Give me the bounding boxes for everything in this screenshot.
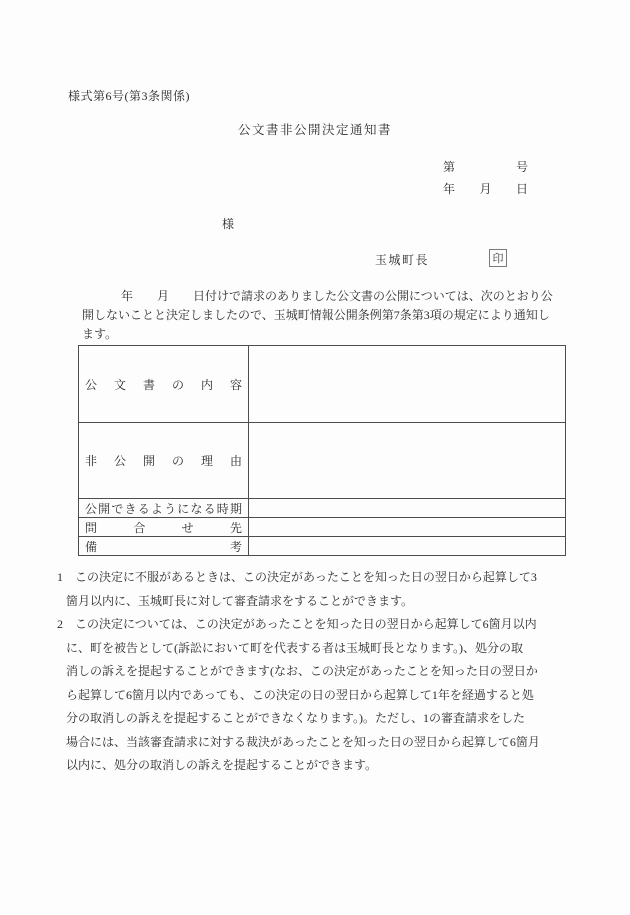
date-line: 年 月 日 — [443, 180, 528, 197]
document-number-prefix: 第 — [443, 158, 455, 175]
row-label: 公開できるようになる時期 — [85, 500, 242, 517]
table-row: 公文書の内容 — [79, 346, 566, 423]
date-day-label: 日 — [516, 180, 528, 197]
row-label-cell: 非公開の理由 — [79, 423, 249, 499]
note-line: 場合には、当該審査請求に対する裁決があったことを知った日の翌日から起算して6箇月 — [57, 731, 540, 755]
row-value-cell — [249, 537, 566, 556]
table-row: 公開できるようになる時期 — [79, 499, 566, 518]
date-month-label: 月 — [479, 180, 491, 197]
row-value-cell — [249, 518, 566, 537]
table-row: 備考 — [79, 537, 566, 556]
table-row: 問合せ先 — [79, 518, 566, 537]
row-value-cell — [249, 499, 566, 518]
table-row: 非公開の理由 — [79, 423, 566, 499]
form-number-label: 様式第6号(第3条関係) — [68, 87, 190, 104]
row-label: 備考 — [85, 538, 242, 555]
row-label: 公文書の内容 — [85, 376, 242, 393]
row-label-cell: 公開できるようになる時期 — [79, 499, 249, 518]
note-line: 箇月以内に、玉城町長に対して審査請求をすることができます。 — [57, 590, 540, 614]
body-line: ます。 — [82, 325, 553, 344]
body-line: 年 月 日付けで請求のありました公文書の公開については、次のとおり公 — [82, 287, 553, 306]
seal-placeholder: 印 — [489, 249, 507, 267]
row-label-cell: 公文書の内容 — [79, 346, 249, 423]
row-label-cell: 問合せ先 — [79, 518, 249, 537]
seal-mark: 印 — [493, 250, 504, 266]
document-title: 公文書非公開決定通知書 — [0, 120, 630, 138]
document-number-line: 第 号 — [443, 158, 528, 175]
notes-section: 1 この決定に不服があるときは、この決定があったことを知った日の翌日から起算して… — [57, 566, 540, 778]
note-line: ら起算して6箇月以内であっても、この決定の日の翌日から起算して1年を経過すると処 — [57, 684, 540, 708]
note-line: 消しの訴えを提起することができます(なお、この決定があったことを知った日の翌日か — [57, 660, 540, 684]
decision-table: 公文書の内容 非公開の理由 公開できるようになる時期 問合せ先 — [78, 345, 566, 556]
note-line: 分の取消しの訴えを提起することができなくなります。)。ただし、1の審査請求をした — [57, 707, 540, 731]
row-label: 問合せ先 — [85, 519, 242, 536]
row-label-cell: 備考 — [79, 537, 249, 556]
note-line: 以内に、処分の取消しの訴えを提起することができます。 — [57, 754, 540, 778]
row-value-cell — [249, 423, 566, 499]
note-line: 1 この決定に不服があるときは、この決定があったことを知った日の翌日から起算して… — [57, 566, 540, 590]
row-label: 非公開の理由 — [85, 452, 242, 469]
date-year-label: 年 — [443, 180, 455, 197]
row-value-cell — [249, 346, 566, 423]
body-line: 開しないことと決定しましたので、玉城町情報公開条例第7条第3項の規定により通知し — [82, 306, 553, 325]
note-line: に、町を被告として(訴訟において町を代表する者は玉城町長となります。)、処分の取 — [57, 637, 540, 661]
addressee-honorific: 様 — [222, 215, 235, 232]
document-page: 様式第6号(第3条関係) 公文書非公開決定通知書 第 号 年 月 日 様 玉城町… — [0, 0, 630, 915]
note-line: 2 この決定については、この決定があったことを知った日の翌日から起算して6箇月以… — [57, 613, 540, 637]
body-paragraph: 年 月 日付けで請求のありました公文書の公開については、次のとおり公 開しないこ… — [82, 287, 553, 344]
document-number-suffix: 号 — [516, 158, 528, 175]
sender-title: 玉城町長 — [375, 251, 429, 268]
